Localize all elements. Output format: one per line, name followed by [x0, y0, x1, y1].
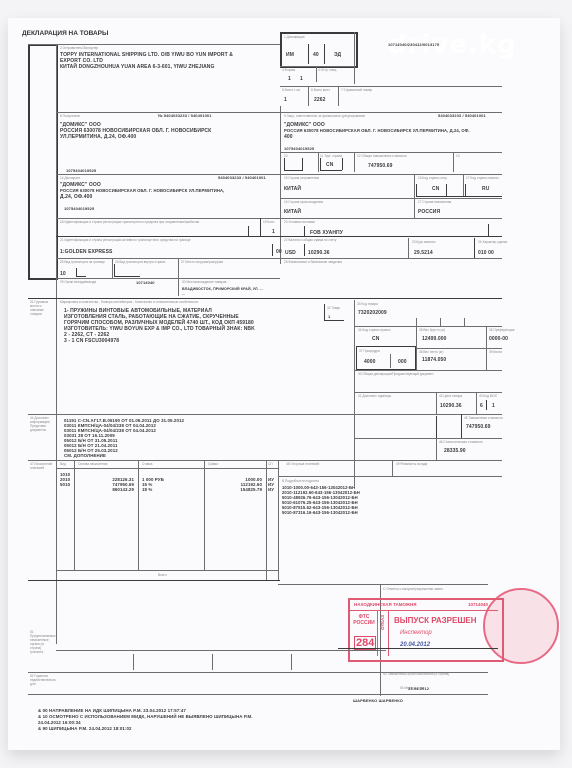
divider: [76, 276, 86, 277]
divider: [436, 438, 437, 460]
packages-value: 2262: [314, 97, 326, 103]
transport-border-label: 21 Идентификация и страна регистрации ак…: [60, 238, 191, 242]
currency-label: 22 Валюта и общая сумма по счету: [284, 238, 336, 242]
divider: [318, 152, 319, 172]
divider: [56, 570, 278, 571]
commodity-code-label: 33 Код товара: [357, 302, 378, 306]
divider: [474, 238, 475, 258]
transport-mode-border-label: 25 Вид транспорта на границе: [60, 260, 105, 264]
divider: [114, 276, 140, 277]
gross-weight-label: 35 Вес брутто (кг): [419, 328, 445, 332]
divider: [248, 226, 249, 236]
statistical-value: 28335.90: [444, 448, 466, 454]
divider: [416, 196, 502, 197]
sender-line: КИТАЙ DONGZHOUHUA YUAN AREA 6-3-601, YIW…: [60, 64, 214, 70]
transit-office-label: 53 Таможенный орган назначения (и страна…: [383, 672, 449, 676]
trade-country-label: 11 Торг. страна: [320, 154, 342, 158]
release-label: С Отметки о выпуске/разрешении заявл.: [383, 587, 444, 591]
payment-cell-sum: 154825.79: [240, 487, 262, 493]
divider: [204, 460, 205, 570]
net-weight-label: 38 Вес нетто (кг): [419, 350, 443, 354]
origin-country-value: КИТАЙ: [284, 209, 301, 215]
bank-label: 28 Финансовые и банковские сведения: [284, 260, 342, 264]
divider: [56, 278, 280, 279]
payment-cell-type: 5010: [60, 482, 70, 488]
goods-location-value: ...: [182, 291, 185, 297]
temp-declaration-label: 40 Общая декларация/Предшествующий докум…: [358, 372, 434, 376]
divider: [56, 650, 386, 651]
delivery-terms-label: 20 Условия поставки: [284, 220, 315, 224]
transport-mode-inland-label: 26 Вид транспорта внутри страны: [115, 260, 165, 264]
currency-code: USD: [285, 250, 296, 256]
divider: [56, 112, 502, 113]
dispatch-country-value: КИТАЙ: [284, 186, 301, 192]
divider: [392, 460, 393, 476]
divider: [308, 86, 309, 106]
divider: [272, 244, 273, 256]
divider: [465, 184, 466, 196]
packages-label: 6 Всего мест: [311, 88, 330, 92]
divider: [464, 318, 465, 326]
divider: [304, 226, 305, 236]
divider: [354, 438, 502, 439]
customs-release-stamp: НАХОДКИНСКАЯ ТАМОЖНЯ 10714040 ФТС РОССИИ…: [348, 598, 504, 662]
divider: [212, 654, 213, 670]
divider: [28, 580, 280, 581]
customs-value: 747950.69: [466, 424, 491, 430]
dispatch-code-label: 15 Код страны отпр.: [418, 176, 448, 180]
recipient-line: УЛ.ПЕРМИТИНА, Д.24, ОФ.400: [60, 134, 136, 140]
gross-weight-value: 12499.000: [422, 336, 447, 342]
divider: [436, 416, 437, 438]
side-label-payments: 47 Исчисление платежей: [30, 462, 54, 470]
mos-code-value: 1: [492, 403, 495, 409]
transport-border-code: 00: [276, 249, 282, 255]
divider: [390, 354, 391, 368]
customs-value-label: 45 Таможенная стоимость: [464, 416, 503, 420]
mos-code-value: 6: [480, 403, 483, 409]
financial-inn: 5404033233 / 540401001: [438, 113, 486, 119]
deal-nature-label: 24 Характер сделки: [478, 240, 507, 244]
forms-value: 1: [288, 76, 291, 82]
divider: [338, 648, 498, 649]
divider: [324, 44, 325, 64]
forms-label: 3 Формы: [282, 68, 295, 72]
payments-header-sp: СП: [268, 462, 273, 466]
divider: [28, 694, 488, 695]
goods-location-value: ВЛАДИВОСТОК, ПРИМОРСКИЙ КРАЙ, УЛ. ...: [182, 286, 263, 292]
divider: [74, 460, 75, 570]
item-value: 1: [328, 314, 330, 320]
divider: [280, 152, 502, 153]
forms-value: 1: [300, 76, 303, 82]
recipient-inn: № 5404033233 / 540401001: [158, 113, 212, 119]
origin-code-label: 34 Код страны происх.: [358, 328, 391, 332]
loading-place-label: 27 Место погрузки/разгрузки: [181, 260, 223, 264]
sender-label: 2 Отправитель/Экспортер: [60, 46, 98, 50]
document-line: СМ. ДОПОЛНЕНИЕ: [64, 453, 106, 459]
transport-mode-border-value: 10: [60, 271, 66, 277]
divider: [112, 258, 113, 278]
place-date-person: ШАРВЕНКО ШАРВЕНКО: [353, 698, 403, 704]
divider: [28, 44, 280, 45]
doc-number: 10714040/230412/0013175: [388, 42, 439, 48]
origin-country-label: 16 Страна происхождения: [284, 200, 323, 204]
divider: [320, 170, 342, 171]
divider: [56, 236, 502, 237]
side-label-packages: 31 Грузовые места и описание товаров: [30, 300, 54, 316]
divider: [416, 184, 417, 196]
payments-header-base: Основа начисления: [78, 462, 107, 466]
divider: [453, 152, 454, 172]
divider: [486, 400, 487, 410]
divider: [133, 654, 134, 670]
goods-line: 3 - 1 CN FSCU3004978: [64, 338, 119, 344]
divider: [350, 610, 498, 611]
total-value-label: 12 Общая таможенная стоимость: [357, 154, 407, 158]
divider: [440, 318, 441, 326]
footer-line: & 90 ШИПИЦЫНА Р.М. 24.04.2012 18:01:02: [38, 726, 132, 732]
divider: [28, 298, 502, 299]
declaration-type-label: 1 Декларация: [284, 35, 305, 39]
container-label: 19 Конт.: [263, 220, 275, 224]
divider: [56, 174, 502, 175]
declaration-type-value: 40: [313, 52, 319, 58]
divider: [280, 198, 502, 199]
divider: [56, 468, 278, 469]
divider: [354, 152, 355, 172]
goods-location-label: 30 Местонахождение товаров: [182, 280, 226, 284]
divider: [28, 414, 502, 415]
ref-number-label: 7 Справочный номер: [341, 88, 372, 92]
stamp-text: ВЫПУСК РАЗРЕШЕН: [394, 616, 476, 625]
divider: [342, 158, 343, 170]
total-value: 747950.69: [368, 163, 393, 169]
divider: [278, 584, 488, 585]
divider: [463, 174, 464, 196]
destination-value: РОССИЯ: [418, 209, 440, 215]
deal-nature-value: 010 00: [478, 250, 494, 256]
procedure-label: 37 Процедура: [359, 349, 380, 353]
divider: [56, 218, 502, 219]
divider: [354, 392, 502, 393]
divider: [338, 86, 339, 106]
divider: [416, 318, 417, 326]
side-label-documents: 44 Дополнит. информация/ Представл. доку…: [30, 416, 54, 432]
document-title: ДЕКЛАРАЦИЯ НА ТОВАРЫ: [22, 30, 108, 37]
exchange-rate-label: 23 Курс валюты: [412, 240, 435, 244]
net-weight-value: 11874.050: [422, 357, 446, 363]
divider: [280, 106, 281, 264]
stamp-header: НАХОДКИНСКАЯ ТАМОЖНЯ: [354, 602, 416, 607]
preference-label-small: 36 Преференция: [489, 328, 514, 332]
stamp-country: ФТС РОССИИ: [353, 614, 375, 626]
dispatch-country-label: 15 Страна отправления: [284, 176, 319, 180]
divider: [461, 414, 462, 438]
commodity-code-value: 7320202009: [358, 310, 387, 316]
payments-total-label: Всего:: [158, 573, 167, 577]
declaration-sheet: ДЕКЛАРАЦИЯ НА ТОВАРЫ drive.kg 2 Отправит…: [8, 18, 560, 750]
divider: [436, 392, 437, 414]
warehouse-label: 49 Реквизиты склада: [396, 462, 427, 466]
currency-amount: 10290.36: [308, 250, 330, 256]
divider: [284, 170, 303, 171]
divider: [414, 174, 415, 218]
place-date-value: 23.04.2012: [408, 686, 429, 692]
goods-sublabel: Маркировка и количество - Номера контейн…: [60, 300, 198, 304]
item-label: 32 Товар: [327, 306, 340, 310]
preference-code: 0000-00: [489, 336, 508, 342]
customs-office-value: 10714040: [136, 280, 155, 286]
divider: [324, 304, 325, 320]
item-price-value: 10290.36: [440, 403, 462, 409]
divider: [304, 244, 305, 256]
divider: [266, 460, 267, 580]
divider: [416, 348, 502, 349]
divider: [280, 66, 354, 67]
divider: [28, 460, 502, 461]
destination-code-value: RU: [482, 186, 489, 192]
declarant-ogrn: 1075404019525: [64, 206, 94, 212]
destination-label: 17 Страна назначения: [418, 200, 451, 204]
quota-label: 39 Квота: [489, 350, 502, 354]
exchange-rate-value: 29.5214: [414, 250, 433, 256]
spec-label: 4 Отгр. спец.: [318, 68, 337, 72]
declaration-type-value: ИМ: [286, 52, 294, 58]
declaration-type-value: ЭД: [334, 52, 341, 58]
divider: [354, 370, 502, 371]
box-13-label: 13: [456, 154, 460, 158]
procedure-value: 000: [398, 359, 407, 365]
divider: [56, 258, 502, 259]
divider: [278, 460, 279, 580]
accounting-label: В Подробности подсчета: [282, 479, 319, 483]
items-total-label: 5 Всего т-ов: [282, 88, 300, 92]
divider: [446, 184, 447, 196]
financial-label: 9 Лицо, ответственное за финансовое урег…: [284, 114, 365, 118]
deferred-payment-label: 48 Отсрочка платежей: [286, 462, 319, 466]
divider: [388, 610, 389, 656]
declarant-line: Д.24, ОФ.400: [60, 194, 92, 200]
dispatch-code-value: CN: [432, 186, 439, 192]
divider: [354, 300, 355, 486]
divider: [291, 654, 292, 670]
side-label-transit: 51 Предполагаемые таможенные органы (и с…: [30, 630, 54, 654]
recipient-label: 8 Получатель: [60, 114, 80, 118]
destination-code-label: 17 Код страны назнач.: [466, 176, 499, 180]
divider: [114, 264, 115, 276]
mos-code-label: 43 Код МОС: [479, 394, 497, 398]
divider: [320, 158, 321, 170]
divider: [138, 460, 139, 570]
transport-border-value: 1:GOLDEN EXPRESS: [60, 249, 112, 255]
divider: [278, 476, 502, 477]
payments-header-type: Вид: [60, 462, 66, 466]
divider: [284, 158, 285, 170]
divider: [56, 44, 57, 644]
payment-cell-base: 860143.29: [112, 487, 134, 493]
statistical-value-label: 46 Статистическая стоимость: [439, 440, 483, 444]
divider: [408, 238, 409, 258]
customs-office-label: 29 Орган въезда/выезда: [60, 280, 96, 284]
items-total-value: 1: [284, 97, 287, 103]
side-label-guarantee: 52 Гарантия недействительна для: [30, 674, 54, 686]
financial-line: РОССИЯ 630078 НОВОСИБИРСКАЯ ОБЛ. Г. НОВО…: [284, 128, 470, 134]
trade-country-value: CN: [326, 162, 333, 168]
payments-header-sum: Сумма: [208, 462, 218, 466]
divider: [354, 32, 355, 84]
accounting-line: 5010-87316.16-643-156-13042012-БН: [282, 510, 358, 516]
payments-header-rate: Ставка: [142, 462, 152, 466]
declarant-inn: 5404033233 / 540401001: [218, 175, 266, 181]
stamp-inspector: Инспектор: [400, 630, 432, 636]
divider: [316, 66, 317, 82]
divider: [476, 392, 477, 414]
divider: [488, 224, 489, 236]
payment-cell-rate: 18 %: [142, 487, 152, 493]
divider: [302, 158, 303, 170]
divider: [178, 258, 179, 296]
stamp-side: ОТКАЗ: [380, 615, 385, 630]
divider: [354, 326, 502, 327]
divider: [280, 86, 502, 87]
margin-box: [28, 44, 58, 280]
divider: [260, 218, 261, 236]
stamp-code: 10714040: [468, 602, 488, 607]
container-value: 1: [272, 229, 275, 235]
origin-code-value: CN: [372, 336, 379, 342]
transport-departure-label: 18 Идентификация и страна регистрации тр…: [60, 220, 199, 224]
declarant-label: 14 Декларант: [60, 176, 80, 180]
procedure-value: 4000: [364, 359, 376, 365]
financial-line: 400: [284, 134, 293, 140]
divider: [308, 44, 309, 64]
extra-units-label: 41 Дополнит. единицы: [358, 394, 391, 398]
payment-cell-sp: ИУ: [268, 487, 274, 493]
item-price-label: 42 Цена товара: [439, 394, 462, 398]
divider: [76, 268, 77, 276]
divider: [324, 320, 344, 321]
